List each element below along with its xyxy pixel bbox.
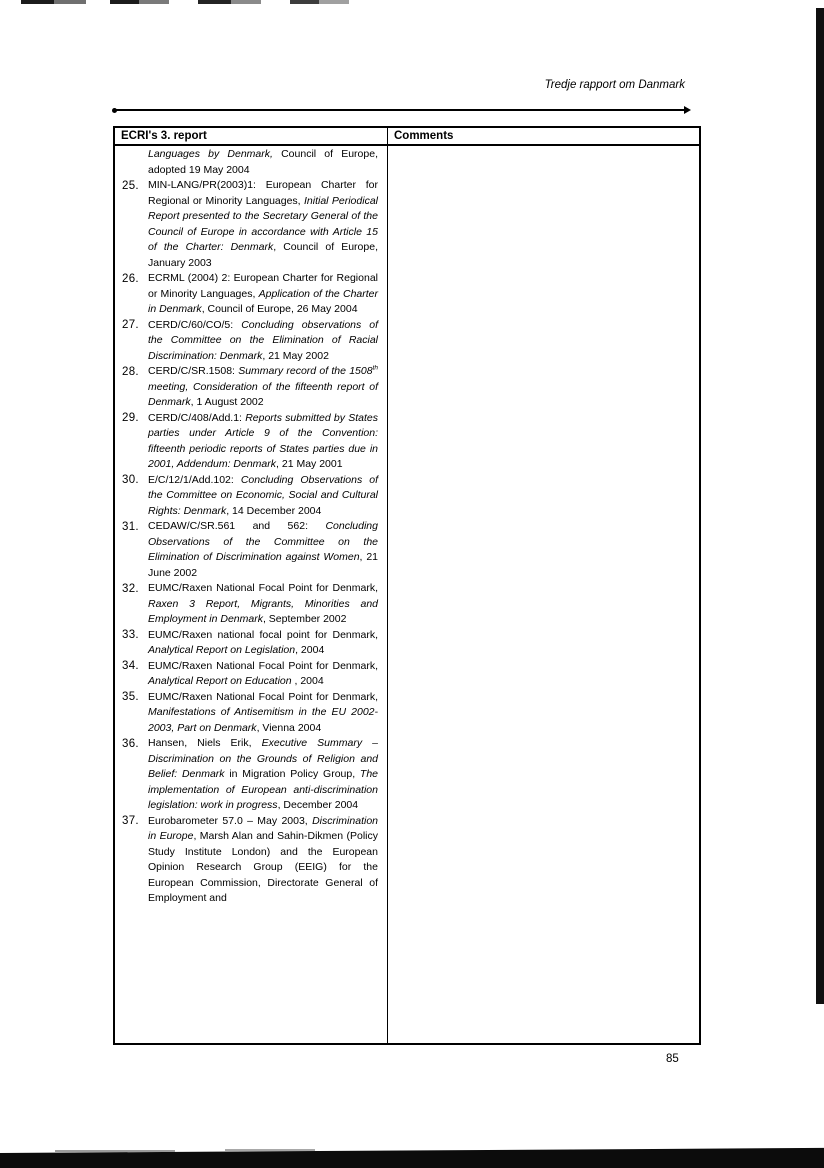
reference-item: 36.Hansen, Niels Erik, Executive Summary… — [122, 736, 378, 814]
reference-number: 36. — [122, 737, 139, 753]
reference-text: EUMC/Raxen National Focal Point for Denm… — [148, 690, 378, 737]
reference-list: Languages by Denmark, Council of Europe,… — [115, 146, 388, 1043]
reference-number: 37. — [122, 814, 139, 830]
reference-item: 29.CERD/C/408/Add.1: Reports submitted b… — [122, 411, 378, 473]
scan-artifact-right-edge — [816, 8, 824, 1004]
reference-item: Languages by Denmark, Council of Europe,… — [122, 147, 378, 178]
reference-text: Hansen, Niels Erik, Executive Summary – … — [148, 736, 378, 814]
reference-text: CERD/C/60/CO/5: Concluding observations … — [148, 318, 378, 365]
rule-end-arrow-icon — [684, 106, 691, 114]
reference-number: 26. — [122, 272, 139, 288]
reference-number: 30. — [122, 473, 139, 489]
scan-artifact-bottom-dash — [225, 1149, 315, 1151]
rule-line — [115, 109, 686, 111]
reference-number: 32. — [122, 582, 139, 598]
reference-number: 27. — [122, 318, 139, 334]
reference-text: Eurobarometer 57.0 – May 2003, Discrimin… — [148, 814, 378, 907]
scan-artifact-bottom-dash — [55, 1150, 175, 1152]
reference-item: 26.ECRML (2004) 2: European Charter for … — [122, 271, 378, 318]
scan-artifact-top — [54, 0, 86, 4]
reference-item: 27.CERD/C/60/CO/5: Concluding observatio… — [122, 318, 378, 365]
reference-item: 33.EUMC/Raxen national focal point for D… — [122, 628, 378, 659]
reference-text: CERD/C/SR.1508: Summary record of the 15… — [148, 364, 378, 411]
references-table: ECRI's 3. report Comments Languages by D… — [113, 126, 701, 1045]
page-number: 85 — [666, 1053, 679, 1065]
scan-artifact-top — [290, 0, 319, 4]
table-body-row: Languages by Denmark, Council of Europe,… — [115, 146, 699, 1043]
reference-text: E/C/12/1/Add.102: Concluding Observation… — [148, 473, 378, 520]
reference-item: 31.CEDAW/C/SR.561 and 562: Concluding Ob… — [122, 519, 378, 581]
running-header-title: Tredje rapport om Danmark — [545, 79, 685, 91]
reference-number: 29. — [122, 411, 139, 427]
column-header-comments: Comments — [388, 128, 699, 144]
reference-item: 34.EUMC/Raxen National Focal Point for D… — [122, 659, 378, 690]
scan-artifact-top — [319, 0, 349, 4]
reference-number: 35. — [122, 690, 139, 706]
table-header-row: ECRI's 3. report Comments — [115, 128, 699, 146]
reference-text: EUMC/Raxen National Focal Point for Denm… — [148, 581, 378, 628]
reference-item: 30.E/C/12/1/Add.102: Concluding Observat… — [122, 473, 378, 520]
reference-text: CERD/C/408/Add.1: Reports submitted by S… — [148, 411, 378, 473]
reference-number: 28. — [122, 365, 139, 381]
scan-artifact-top — [21, 0, 54, 4]
reference-item: 28.CERD/C/SR.1508: Summary record of the… — [122, 364, 378, 411]
reference-text: CEDAW/C/SR.561 and 562: Concluding Obser… — [148, 519, 378, 581]
column-header-ecri-report: ECRI's 3. report — [115, 128, 388, 144]
comments-cell — [388, 146, 699, 1043]
reference-text: MIN-LANG/PR(2003)1: European Charter for… — [148, 178, 378, 271]
reference-text: EUMC/Raxen National Focal Point for Denm… — [148, 659, 378, 690]
scan-artifact-top — [198, 0, 231, 4]
reference-item: 32.EUMC/Raxen National Focal Point for D… — [122, 581, 378, 628]
scan-artifact-top — [139, 0, 169, 4]
reference-number: 31. — [122, 520, 139, 536]
reference-text: ECRML (2004) 2: European Charter for Reg… — [148, 271, 378, 318]
reference-number: 25. — [122, 179, 139, 195]
scan-artifact-top — [231, 0, 261, 4]
reference-item: 25.MIN-LANG/PR(2003)1: European Charter … — [122, 178, 378, 271]
reference-text: EUMC/Raxen national focal point for Denm… — [148, 628, 378, 659]
header-rule — [112, 105, 691, 115]
reference-text: Languages by Denmark, Council of Europe,… — [148, 147, 378, 178]
reference-item: 37.Eurobarometer 57.0 – May 2003, Discri… — [122, 814, 378, 907]
reference-number: 34. — [122, 659, 139, 675]
reference-number: 33. — [122, 628, 139, 644]
reference-item: 35.EUMC/Raxen National Focal Point for D… — [122, 690, 378, 737]
scan-artifact-top — [110, 0, 139, 4]
